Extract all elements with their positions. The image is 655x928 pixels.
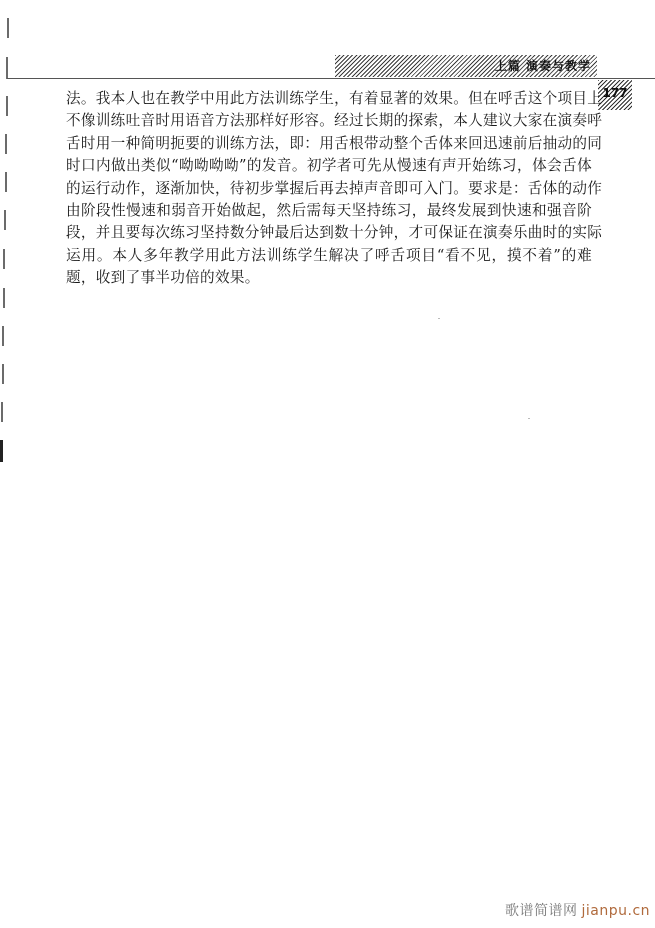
watermark-cn: 歌谱简谱网 <box>505 903 578 919</box>
header-rule <box>7 78 655 79</box>
text-line: 题，收到了事半功倍的效果。 <box>66 267 592 289</box>
page-number: 177 <box>598 86 632 100</box>
margin-mark <box>2 364 4 384</box>
margin-mark <box>5 172 7 192</box>
text-line: 时口内做出类似“呦呦呦呦”的发音。初学者可先从慢速有声开始练习，体会舌体 <box>66 155 592 177</box>
margin-mark <box>5 134 7 154</box>
watermark: 歌谱简谱网jianpu.cn <box>505 900 650 920</box>
text-line: 由阶段性慢速和弱音开始做起，然后需每天坚持练习，最终发展到快速和强音阶 <box>66 200 592 222</box>
scan-speck <box>528 418 530 419</box>
margin-mark <box>7 18 9 38</box>
margin-mark <box>2 326 4 346</box>
margin-mark <box>1 402 3 422</box>
running-header-title: 上篇 演奏与教学 <box>495 57 591 74</box>
margin-mark <box>3 249 5 269</box>
running-header-band: 上篇 演奏与教学 <box>335 55 597 77</box>
text-line: 段，并且要每次练习坚持数分钟最后达到数十分钟，才可保证在演奏乐曲时的实际 <box>66 222 592 244</box>
page-number-box: 177 <box>598 80 632 110</box>
text-line: 舌时用一种简明扼要的训练方法，即：用舌根带动整个舌体来回迅速前后抽动的同 <box>66 133 592 155</box>
text-line: 不像训练吐音时用语音方法那样好形容。经过长期的探索，本人建议大家在演奏呼 <box>66 110 592 132</box>
margin-mark <box>4 210 6 230</box>
watermark-site: jianpu.cn <box>582 903 651 919</box>
margin-mark <box>6 57 8 79</box>
text-line: 的运行动作，逐渐加快，待初步掌握后再去掉声音即可入门。要求是：舌体的动作 <box>66 178 592 200</box>
margin-mark <box>3 288 5 308</box>
body-paragraph: 法。我本人也在教学中用此方法训练学生，有着显著的效果。但在呼舌这个项目上 不像训… <box>66 88 592 290</box>
margin-mark <box>0 440 3 462</box>
text-line: 运用。本人多年教学用此方法训练学生解决了呼舌项目“看不见，摸不着”的难 <box>66 245 592 267</box>
text-line: 法。我本人也在教学中用此方法训练学生，有着显著的效果。但在呼舌这个项目上 <box>66 88 592 110</box>
scan-speck <box>438 318 440 319</box>
margin-mark <box>6 96 8 116</box>
